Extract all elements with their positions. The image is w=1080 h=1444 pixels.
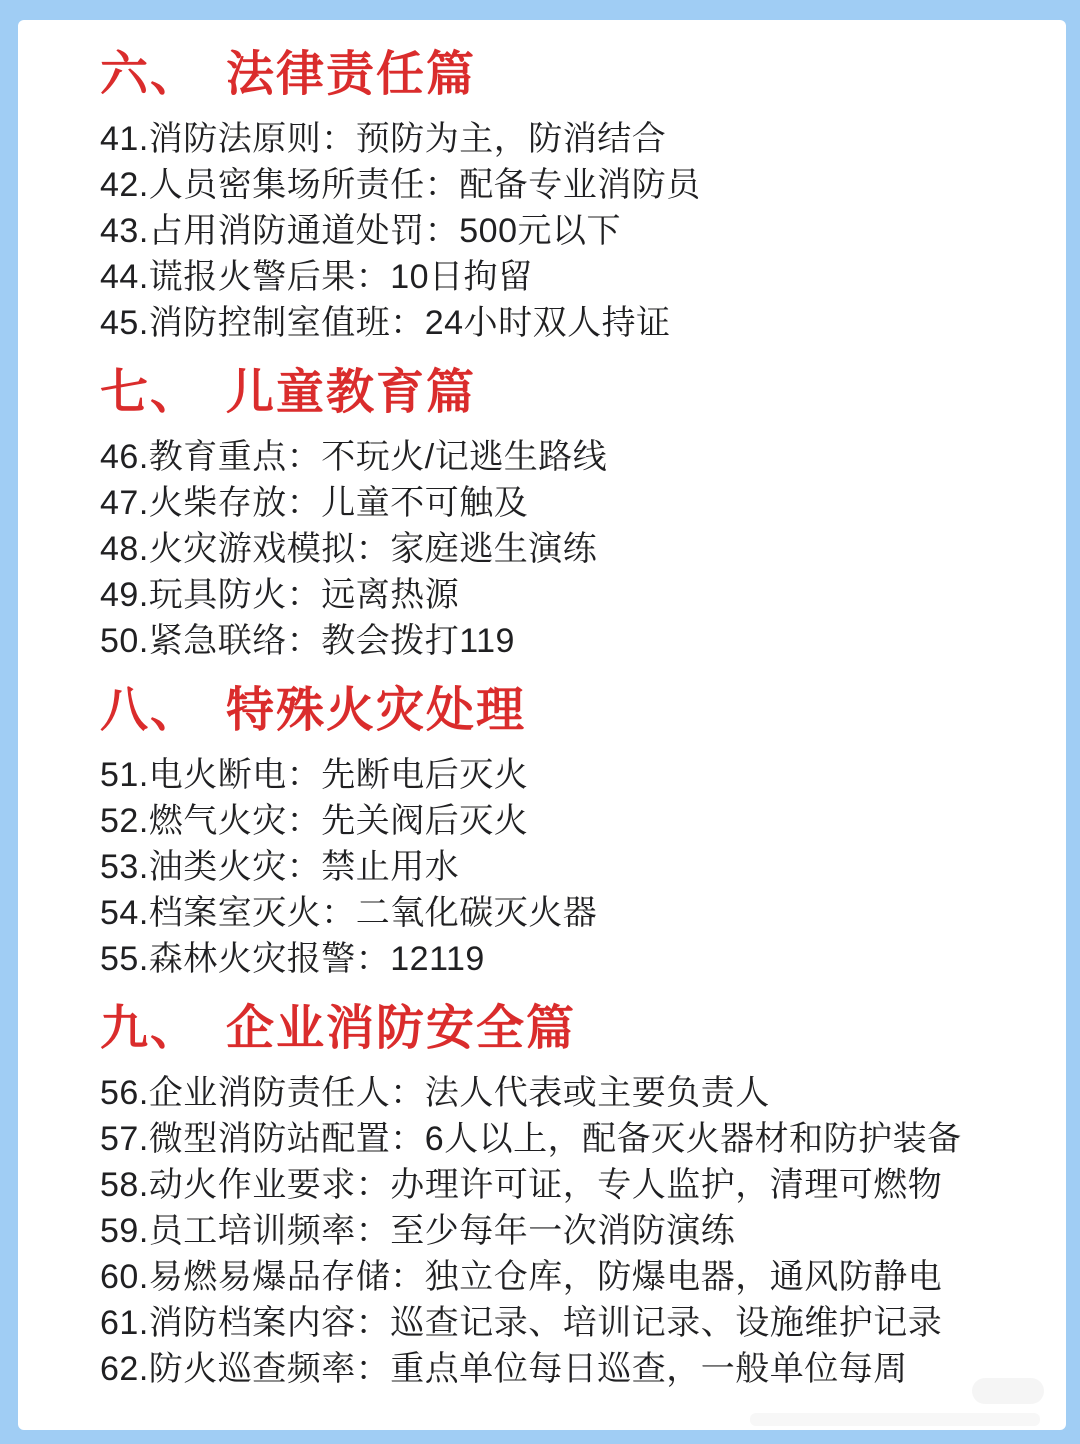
- item-list: 46.教育重点：不玩火/记逃生路线 47.火柴存放：儿童不可触及 48.火灾游戏…: [100, 434, 1036, 664]
- list-item: 45.消防控制室值班：24小时双人持证: [100, 300, 1036, 346]
- item-list: 41.消防法原则：预防为主，防消结合 42.人员密集场所责任：配备专业消防员 4…: [100, 116, 1036, 346]
- section-heading: 七、 儿童教育篇: [100, 364, 1036, 422]
- section-enterprise-fire-safety: 九、 企业消防安全篇 56.企业消防责任人：法人代表或主要负责人 57.微型消防…: [100, 1000, 1036, 1392]
- section-heading: 九、 企业消防安全篇: [100, 1000, 1036, 1058]
- list-item: 53.油类火灾：禁止用水: [100, 844, 1036, 890]
- section-heading: 八、 特殊火灾处理: [100, 682, 1036, 740]
- section-title: 特殊火灾处理: [226, 682, 526, 740]
- list-item: 61.消防档案内容：巡查记录、培训记录、设施维护记录: [100, 1300, 1036, 1346]
- section-number: 八、: [100, 682, 200, 740]
- item-list: 51.电火断电：先断电后灭火 52.燃气火灾：先关阀后灭火 53.油类火灾：禁止…: [100, 752, 1036, 982]
- list-item: 51.电火断电：先断电后灭火: [100, 752, 1036, 798]
- list-item: 57.微型消防站配置：6人以上，配备灭火器材和防护装备: [100, 1116, 1036, 1162]
- list-item: 41.消防法原则：预防为主，防消结合: [100, 116, 1036, 162]
- list-item: 55.森林火灾报警：12119: [100, 936, 1036, 982]
- list-item: 56.企业消防责任人：法人代表或主要负责人: [100, 1070, 1036, 1116]
- list-item: 54.档案室灭火：二氧化碳灭火器: [100, 890, 1036, 936]
- list-item: 48.火灾游戏模拟：家庭逃生演练: [100, 526, 1036, 572]
- item-list: 56.企业消防责任人：法人代表或主要负责人 57.微型消防站配置：6人以上，配备…: [100, 1070, 1036, 1392]
- section-children-education: 七、 儿童教育篇 46.教育重点：不玩火/记逃生路线 47.火柴存放：儿童不可触…: [100, 364, 1036, 664]
- list-item: 50.紧急联络：教会拨打119: [100, 618, 1036, 664]
- page-background: 六、 法律责任篇 41.消防法原则：预防为主，防消结合 42.人员密集场所责任：…: [0, 0, 1080, 1444]
- list-item: 46.教育重点：不玩火/记逃生路线: [100, 434, 1036, 480]
- section-number: 七、: [100, 364, 200, 422]
- list-item: 43.占用消防通道处罚：500元以下: [100, 208, 1036, 254]
- section-special-fire-handling: 八、 特殊火灾处理 51.电火断电：先断电后灭火 52.燃气火灾：先关阀后灭火 …: [100, 682, 1036, 982]
- watermark-text-blur: [750, 1413, 1040, 1426]
- list-item: 60.易燃易爆品存储：独立仓库，防爆电器，通风防静电: [100, 1254, 1036, 1300]
- section-title: 企业消防安全篇: [226, 1000, 576, 1058]
- section-number: 六、: [100, 46, 200, 104]
- section-number: 九、: [100, 1000, 200, 1058]
- list-item: 42.人员密集场所责任：配备专业消防员: [100, 162, 1036, 208]
- section-legal-responsibility: 六、 法律责任篇 41.消防法原则：预防为主，防消结合 42.人员密集场所责任：…: [100, 46, 1036, 346]
- list-item: 59.员工培训频率：至少每年一次消防演练: [100, 1208, 1036, 1254]
- list-item: 58.动火作业要求：办理许可证，专人监护，清理可燃物: [100, 1162, 1036, 1208]
- watermark-badge: [972, 1378, 1044, 1404]
- content-card: 六、 法律责任篇 41.消防法原则：预防为主，防消结合 42.人员密集场所责任：…: [18, 20, 1066, 1430]
- list-item: 52.燃气火灾：先关阀后灭火: [100, 798, 1036, 844]
- list-item: 49.玩具防火：远离热源: [100, 572, 1036, 618]
- section-title: 儿童教育篇: [226, 364, 476, 422]
- list-item: 47.火柴存放：儿童不可触及: [100, 480, 1036, 526]
- list-item: 62.防火巡查频率：重点单位每日巡查，一般单位每周: [100, 1346, 1036, 1392]
- section-title: 法律责任篇: [226, 46, 476, 104]
- list-item: 44.谎报火警后果：10日拘留: [100, 254, 1036, 300]
- section-heading: 六、 法律责任篇: [100, 46, 1036, 104]
